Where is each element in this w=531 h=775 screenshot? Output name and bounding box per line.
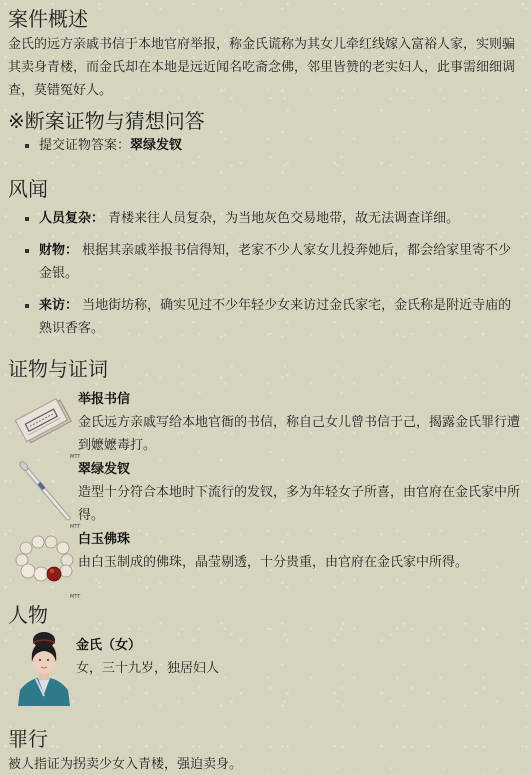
crime-section: 罪行 被人指证为拐卖少女入青楼，强迫卖身。 <box>8 726 523 775</box>
evidence-answer-label: 提交证物答案： <box>39 138 130 153</box>
rumor-label: 来访： <box>39 298 78 313</box>
person-name: 金氏（女） <box>76 634 523 657</box>
letter-icon <box>12 388 76 454</box>
evidence-guess-title: ※断案证物与猜想问答 <box>8 108 523 134</box>
evidence-description: 金氏远方亲戚写给本地官衙的书信，称自己女儿曾书信于己，揭露金氏罪行遭到嬷嬷毒打。 <box>78 411 523 457</box>
evidence-item-letter[interactable]: 举报书信 金氏远方亲戚写给本地官衙的书信，称自己女儿曾书信于己，揭露金氏罪行遭到… <box>8 388 523 458</box>
crime-text: 被人指证为拐卖少女入青楼，强迫卖身。 <box>8 753 523 775</box>
crime-title: 罪行 <box>8 726 523 752</box>
evidence-title: 证物与证词 <box>8 356 523 382</box>
rumors-list: 人员复杂： 青楼来往人员复杂，为当地灰色交易地带，故无法调查详细。 财物： 根据… <box>8 207 523 340</box>
hairpin-icon <box>12 458 76 524</box>
watermark-text: MTT <box>70 594 80 600</box>
portrait-icon <box>14 632 74 706</box>
case-summary-section: 案件概述 金氏的远方亲戚书信于本地官府举报，称金氏谎称为其女儿牵红线嫁入富裕人家… <box>8 6 523 102</box>
rumor-text: 根据其亲戚举报书信得知，老家不少人家女儿投奔她后，都会给家里寄不少金银。 <box>39 243 511 281</box>
case-summary-title: 案件概述 <box>8 6 523 32</box>
list-item: 提交证物答案：翠绿发钗 <box>22 134 523 157</box>
evidence-description: 造型十分符合本地时下流行的发钗，多为年轻女子所喜，由官府在金氏家中所得。 <box>78 481 523 527</box>
evidence-description: 由白玉制成的佛珠，晶莹剔透，十分贵重，由官府在金氏家中所得。 <box>78 551 523 574</box>
list-item: 来访： 当地街坊称，确实见过不少年轻少女来访过金氏家宅，金氏称是附近寺庙的熟识香… <box>22 294 523 340</box>
rumor-label: 人员复杂： <box>39 211 104 226</box>
person-item-jin[interactable]: 金氏（女） 女，三十九岁，独居妇人 <box>8 632 523 712</box>
evidence-item-hairpin[interactable]: 翠绿发钗 造型十分符合本地时下流行的发钗，多为年轻女子所喜，由官府在金氏家中所得… <box>8 458 523 528</box>
evidence-name: 白玉佛珠 <box>78 528 523 551</box>
list-item: 人员复杂： 青楼来往人员复杂，为当地灰色交易地带，故无法调查详细。 <box>22 207 523 230</box>
people-title: 人物 <box>8 602 523 628</box>
evidence-guess-section: ※断案证物与猜想问答 提交证物答案：翠绿发钗 <box>8 108 523 157</box>
rumors-title: 风闻 <box>8 176 523 202</box>
evidence-name: 举报书信 <box>78 388 523 411</box>
case-summary-text: 金氏的远方亲戚书信于本地官府举报，称金氏谎称为其女儿牵红线嫁入富裕人家，实则骗其… <box>8 33 523 102</box>
evidence-name: 翠绿发钗 <box>78 458 523 481</box>
rumors-section: 风闻 人员复杂： 青楼来往人员复杂，为当地灰色交易地带，故无法调查详细。 财物：… <box>8 176 523 340</box>
prayer-beads-icon <box>12 528 76 594</box>
people-section: 人物 金氏（女） 女，三十九岁，独居妇 <box>8 602 523 712</box>
evidence-item-beads[interactable]: 白玉佛珠 由白玉制成的佛珠，晶莹剔透，十分贵重，由官府在金氏家中所得。 MTT <box>8 528 523 598</box>
rumor-text: 当地街坊称，确实见过不少年轻少女来访过金氏家宅，金氏称是附近寺庙的熟识香客。 <box>39 298 511 336</box>
list-item: 财物： 根据其亲戚举报书信得知，老家不少人家女儿投奔她后，都会给家里寄不少金银。 <box>22 239 523 285</box>
person-description: 女，三十九岁，独居妇人 <box>76 657 523 680</box>
evidence-answer-value: 翠绿发钗 <box>130 138 182 153</box>
rumor-text: 青楼来往人员复杂，为当地灰色交易地带，故无法调查详细。 <box>108 211 459 226</box>
rumor-label: 财物： <box>39 243 78 258</box>
evidence-section: 证物与证词 举报书信 金氏远方亲戚写给本地官衙的书信，称自己女儿曾书信于己，揭露… <box>8 356 523 598</box>
evidence-guess-list: 提交证物答案：翠绿发钗 <box>8 134 523 157</box>
case-page: 案件概述 金氏的远方亲戚书信于本地官府举报，称金氏谎称为其女儿牵红线嫁入富裕人家… <box>0 0 531 775</box>
